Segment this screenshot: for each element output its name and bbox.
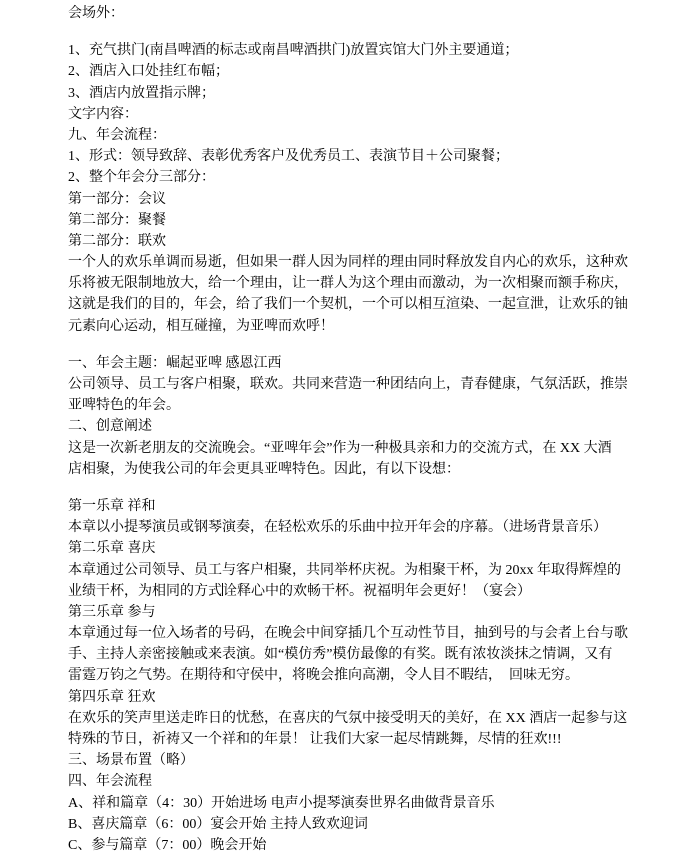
text-line: 一个人的欢乐单调而易逝，但如果一群人因为同样的理由同时释放发自内心的欢乐，这种欢 [68,252,684,273]
text-line: 乐将被无限制地放大，给一个理由，让一群人为这个理由而激动，为一次相聚而额手称庆， [68,273,684,294]
text-line: 第一部分：会议 [68,189,684,210]
text-line: 2、整个年会分三部分： [68,167,684,188]
text-line: 九、年会流程： [68,125,684,146]
text-line: 四、年会流程 [68,771,684,792]
text-line: 第四乐章 狂欢 [68,687,684,708]
text-line: 一、年会主题：崛起亚啤 感恩江西 [68,353,684,374]
text-line: 第二乐章 喜庆 [68,538,684,559]
text-line: C、参与篇章（7：00）晚会开始 [68,835,684,856]
text-line: 亚啤特色的年会。 [68,395,684,416]
text-line: 本章以小提琴演员或钢琴演奏，在轻松欢乐的乐曲中拉开年会的序幕。（进场背景音乐） [68,517,684,538]
blank-line [68,480,684,496]
text-line: 业绩干杯，为相同的方式诠释心中的欢畅干杯。祝福明年会更好！（宴会） [68,581,684,602]
text-line: 手、主持人亲密接触或来表演。如“模仿秀”模仿最像的有奖。既有浓妆淡抹之情调，又有 [68,644,684,665]
document-window: { "page": { "background": "#ffffff", "te… [0,0,688,856]
text-line: 三、场景布置（略） [68,750,684,771]
text-line: 这就是我们的目的，年会，给了我们一个契机，一个可以相互渲染、一起宣泄，让欢乐的铀 [68,294,684,315]
text-line: 本章通过每一位入场者的号码，在晚会中间穿插几个互动性节目，抽到号的与会者上台与歌 [68,623,684,644]
text-line: 公司领导、员工与客户相聚，联欢。共同来营造一种团结向上，青春健康，气氛活跃，推崇 [68,374,684,395]
text-line: 1、充气拱门(南昌啤酒的标志或南昌啤酒拱门)放置宾馆大门外主要通道； [68,40,684,61]
text-line: 特殊的节日，祈祷又一个祥和的年景！ 让我们大家一起尽情跳舞，尽情的狂欢!!! [68,729,684,750]
text-line: 文字内容： [68,104,684,125]
text-line: 店相聚，为使我公司的年会更具亚啤特色。因此，有以下设想： [68,459,684,480]
text-line: 第一乐章 祥和 [68,496,684,517]
text-line: 这是一次新老朋友的交流晚会。“亚啤年会”作为一种极具亲和力的交流方式，在 XX … [68,438,684,459]
text-line: 第三乐章 参与 [68,602,684,623]
blank-line [68,337,684,353]
document-page[interactable]: 会场外：1、充气拱门(南昌啤酒的标志或南昌啤酒拱门)放置宾馆大门外主要通道；2、… [0,0,688,856]
blank-line [68,24,684,40]
text-cursor [222,583,223,596]
text-line: 在欢乐的笑声里送走昨日的忧愁，在喜庆的气氛中接受明天的美好，在 XX 酒店一起参… [68,708,684,729]
text-line: A、祥和篇章（4：30）开始进场 电声小提琴演奏世界名曲做背景音乐 [68,793,684,814]
text-line: 二、创意阐述 [68,416,684,437]
text-line: 会场外： [68,3,684,24]
text-line: 1、形式：领导致辞、表彰优秀客户及优秀员工、表演节目＋公司聚餐； [68,146,684,167]
text-line: 雷霆万钧之气势。在期待和守侯中，将晚会推向高潮，令人目不暇结， 回味无穷。 [68,665,684,686]
text-line: B、喜庆篇章（6：00）宴会开始 主持人致欢迎词 [68,814,684,835]
text-line: 3、酒店内放置指示牌； [68,83,684,104]
text-line: 第二部分：联欢 [68,231,684,252]
text-line: 2、酒店入口处挂红布幅； [68,61,684,82]
text-line: 元素向心运动，相互碰撞，为亚啤而欢呼！ [68,316,684,337]
text-line: 本章通过公司领导、员工与客户相聚，共同举杯庆祝。为相聚干杯，为 20xx 年取得… [68,560,684,581]
text-line: 第二部分：聚餐 [68,210,684,231]
